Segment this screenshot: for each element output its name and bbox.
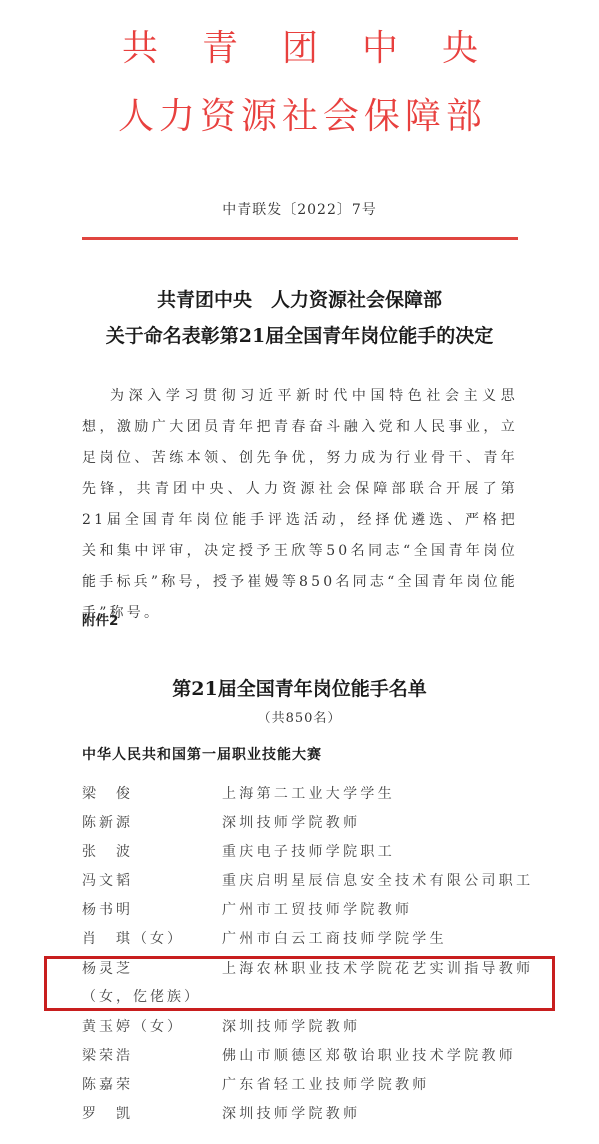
list-item: 杨书明 广州市工贸技师学院教师	[82, 899, 542, 921]
list-item-highlighted-continued: （女，仡佬族）	[82, 986, 542, 1008]
masthead-char: 保	[364, 97, 400, 137]
masthead-char: 青	[202, 29, 238, 69]
masthead-char: 部	[446, 97, 482, 137]
list-item: 罗 凯 深圳技师学院教师	[82, 1103, 542, 1125]
list-item: 肖 琪（女） 广州市白云工商技师学院学生	[82, 928, 542, 950]
red-divider	[82, 237, 518, 240]
person-affiliation: 深圳技师学院教师	[222, 1103, 360, 1125]
section-heading: 中华人民共和国第一届职业技能大赛	[82, 744, 322, 764]
masthead-char: 社	[282, 97, 318, 137]
list-item: 梁荣浩 佛山市顺德区郑敬诒职业技术学院教师	[82, 1045, 542, 1067]
masthead-char: 人	[118, 97, 154, 137]
person-name: 罗 凯	[82, 1103, 133, 1125]
document-title-line-1: 共青团中央 人力资源社会保障部	[0, 288, 599, 312]
masthead-char: 央	[442, 29, 478, 69]
masthead-char: 团	[282, 29, 318, 69]
person-affiliation: 深圳技师学院教师	[222, 812, 360, 834]
masthead-issuer-2: 人 力 资 源 社 会 保 障 部	[118, 97, 482, 137]
masthead-issuer-1: 共 青 团 中 央	[118, 29, 482, 69]
list-item: 梁 俊 上海第二工业大学学生	[82, 783, 542, 805]
masthead-char: 力	[159, 97, 195, 137]
masthead-char: 资	[200, 97, 236, 137]
person-affiliation: 重庆启明星辰信息安全技术有限公司职工	[222, 870, 533, 892]
person-name: 陈新源	[82, 812, 133, 834]
masthead-char: 共	[122, 29, 158, 69]
list-item: 陈嘉荣 广东省轻工业技师学院教师	[82, 1074, 542, 1096]
person-name: 冯文韬	[82, 870, 133, 892]
person-affiliation: 广东省轻工业技师学院教师	[222, 1074, 430, 1096]
masthead-char: 中	[362, 29, 398, 69]
list-item: 陈新源 深圳技师学院教师	[82, 812, 542, 834]
person-affiliation: 深圳技师学院教师	[222, 1016, 360, 1038]
person-name: 陈嘉荣	[82, 1074, 133, 1096]
person-name: 杨书明	[82, 899, 133, 921]
person-name: 黄玉婷（女）	[82, 1016, 184, 1038]
list-count: （共850名）	[0, 707, 599, 726]
person-name: 杨灵芝	[82, 958, 133, 980]
attachment-label: 附件2	[82, 609, 118, 629]
masthead-char: 会	[323, 97, 359, 137]
masthead-char: 障	[405, 97, 441, 137]
person-name: 梁 俊	[82, 783, 133, 805]
person-name: 张 波	[82, 841, 133, 863]
masthead-char: 源	[241, 97, 277, 137]
list-item: 张 波 重庆电子技师学院职工	[82, 841, 542, 863]
person-affiliation: 广州市工贸技师学院教师	[222, 899, 412, 921]
person-affiliation: 广州市白云工商技师学院学生	[222, 928, 447, 950]
list-item-highlighted: 杨灵芝 上海农林职业技术学院花艺实训指导教师	[82, 958, 542, 980]
list-item: 冯文韬 重庆启明星辰信息安全技术有限公司职工	[82, 870, 542, 892]
document-title-line-2: 关于命名表彰第21届全国青年岗位能手的决定	[0, 324, 599, 348]
person-name: 肖 琪（女）	[82, 928, 184, 950]
body-paragraph: 为深入学习贯彻习近平新时代中国特色社会主义思想，激励广大团员青年把青春奋斗融入党…	[82, 381, 518, 629]
person-affiliation: 重庆电子技师学院职工	[222, 841, 395, 863]
document-number: 中青联发〔2022〕7号	[0, 199, 599, 219]
person-affiliation: 上海农林职业技术学院花艺实训指导教师	[222, 958, 533, 980]
person-affiliation: 上海第二工业大学学生	[222, 783, 395, 805]
person-name: 梁荣浩	[82, 1045, 133, 1067]
person-name-note: （女，仡佬族）	[82, 986, 201, 1008]
list-item: 黄玉婷（女） 深圳技师学院教师	[82, 1016, 542, 1038]
list-title: 第21届全国青年岗位能手名单	[0, 674, 599, 701]
person-affiliation: 佛山市顺德区郑敬诒职业技术学院教师	[222, 1045, 516, 1067]
